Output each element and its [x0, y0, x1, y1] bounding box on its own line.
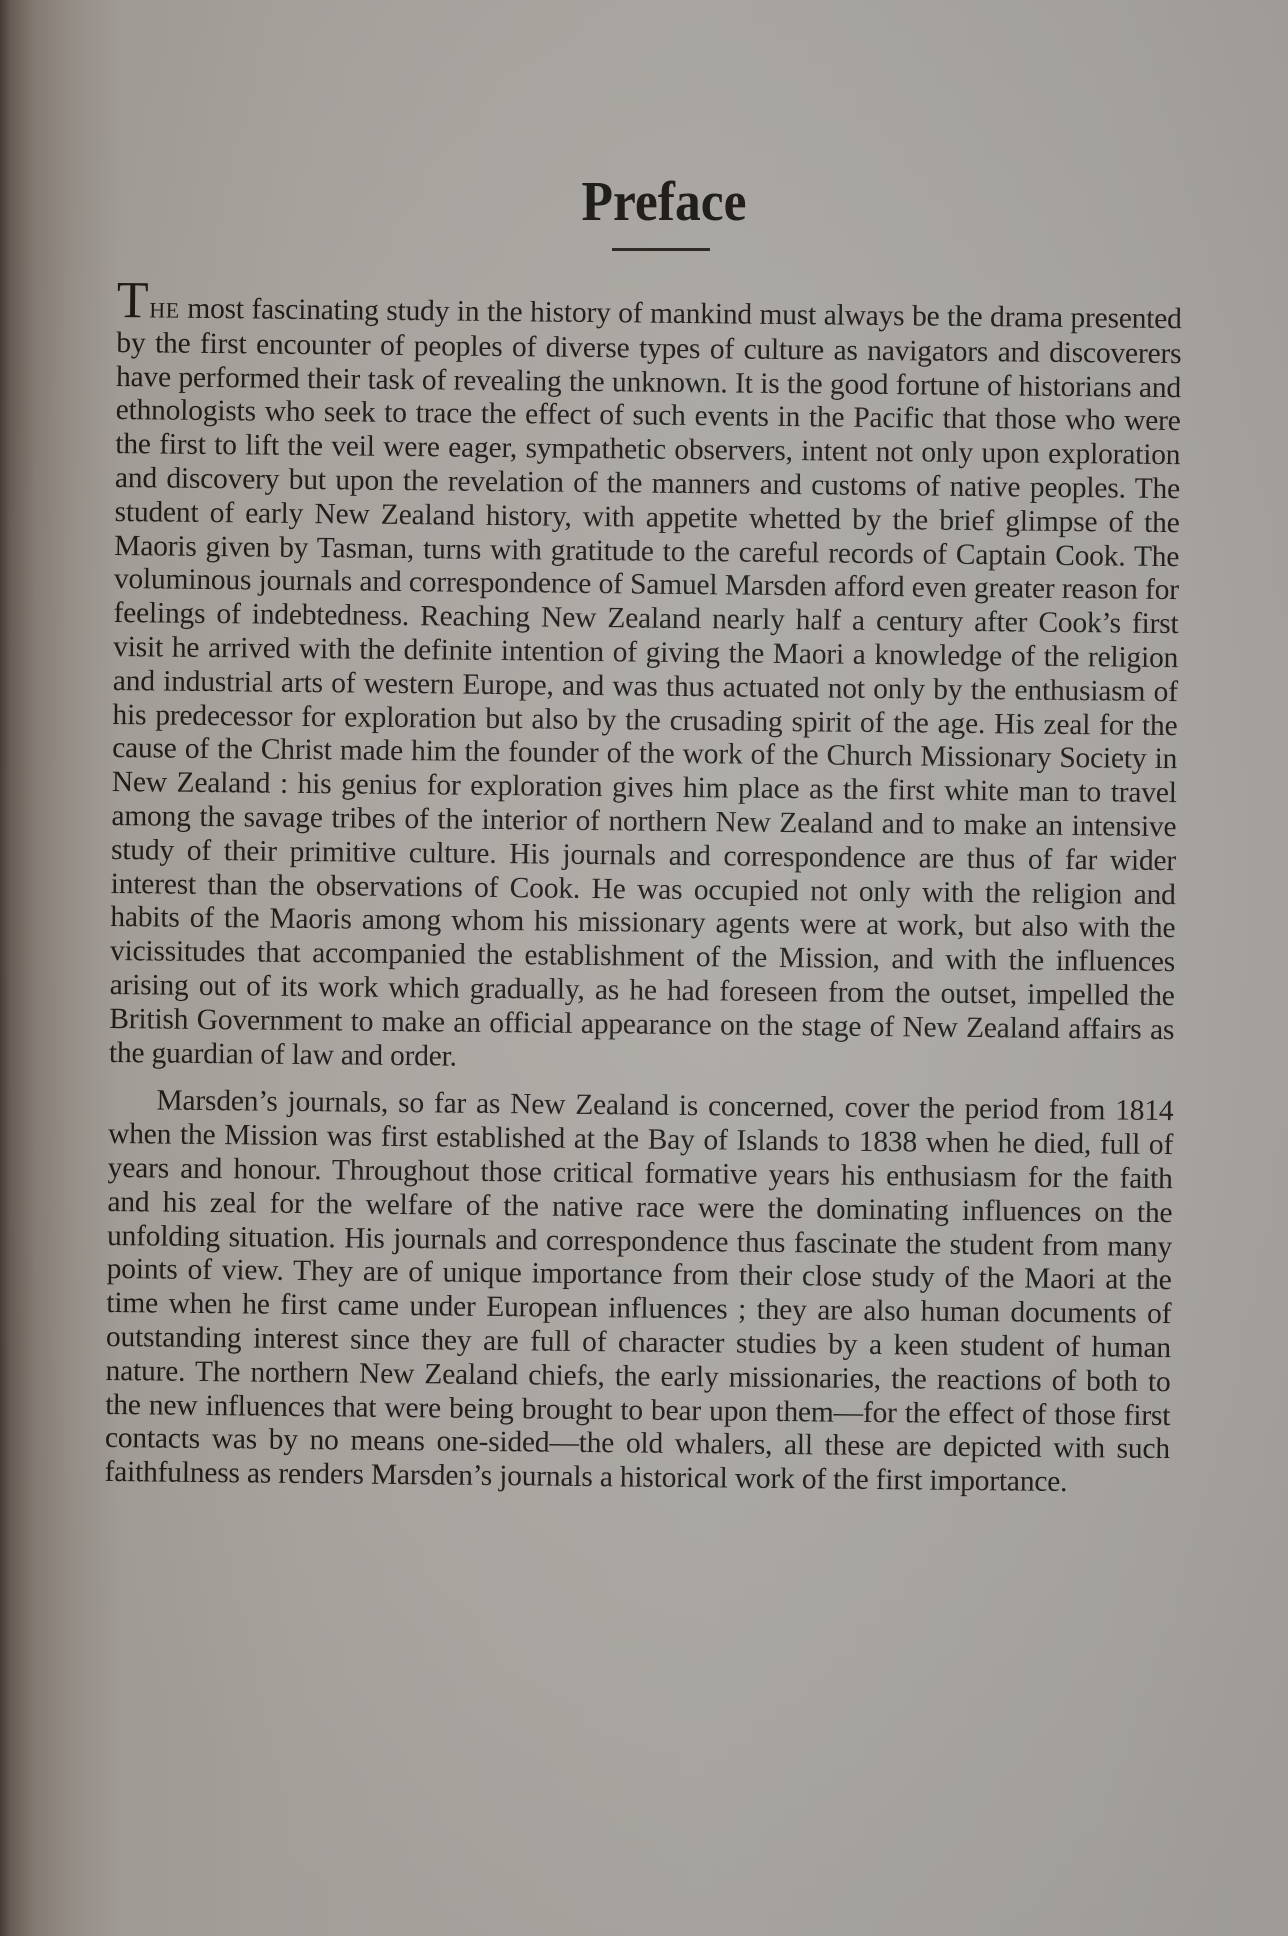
paragraph-1: THE most fascinating study in the histor…: [109, 286, 1182, 1081]
title-divider: [612, 248, 710, 251]
preface-body: THE most fascinating study in the histor…: [104, 286, 1182, 1501]
paragraph-2: Marsden’s journals, so far as New Zealan…: [104, 1084, 1173, 1501]
book-page: Preface THE most fascinating study in th…: [0, 0, 1288, 1936]
page-title: Preface: [72, 170, 1257, 234]
paragraph-1-text: most fascinating study in the history of…: [109, 293, 1182, 1072]
lead-small-caps: HE: [149, 297, 180, 322]
drop-cap: T: [117, 272, 149, 329]
